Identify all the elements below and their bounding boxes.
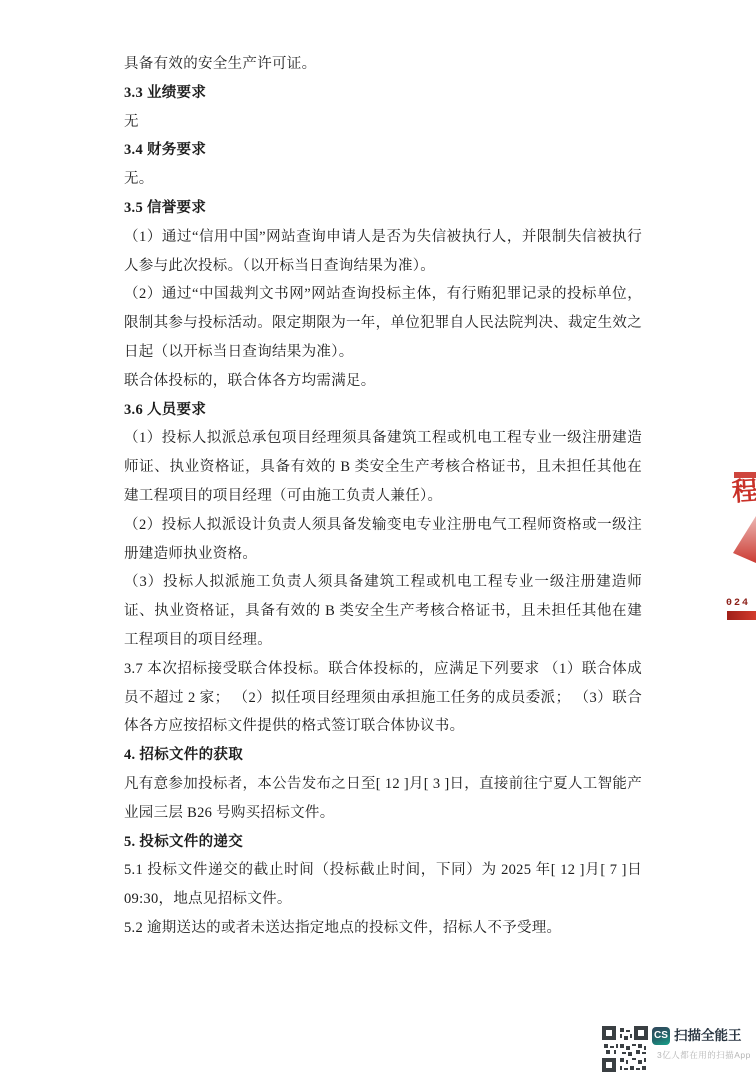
red-seal-fragment: 程 024 xyxy=(726,465,756,625)
qr-code-icon xyxy=(602,1026,648,1072)
doc-paragraph: 联合体投标的，联合体各方均需满足。 xyxy=(124,367,642,396)
doc-paragraph: 3.7 本次招标接受联合体投标。联合体投标的，应满足下列要求 （1）联合体成员不… xyxy=(124,655,642,741)
camscanner-logo-icon: CS xyxy=(652,1027,670,1045)
section-heading: 4. 招标文件的获取 xyxy=(124,741,642,770)
section-heading: 3.6 人员要求 xyxy=(124,396,642,425)
seal-number: 024 xyxy=(726,598,750,609)
doc-paragraph: （3）投标人拟派施工负责人须具备建筑工程或机电工程专业一级注册建造师证、执业资格… xyxy=(124,568,642,654)
camscanner-watermark: CS 扫描全能王 3亿人都在用的扫描App xyxy=(602,1025,756,1073)
doc-paragraph: （2）通过“中国裁判文书网”网站查询投标主体，有行贿犯罪记录的投标单位，限制其参… xyxy=(124,280,642,366)
doc-paragraph: 凡有意参加投标者，本公告发布之日至[ 12 ]月[ 3 ]日，直接前往宁夏人工智… xyxy=(124,770,642,828)
section-heading: 5. 投标文件的递交 xyxy=(124,828,642,857)
seal-star-icon xyxy=(732,515,756,567)
doc-paragraph: 无 xyxy=(124,108,642,137)
doc-paragraph: 5.2 逾期送达的或者未送达指定地点的投标文件，招标人不予受理。 xyxy=(124,914,642,943)
camscanner-app-name: 扫描全能王 xyxy=(674,1027,742,1045)
scanned-document-page: 具备有效的安全生产许可证。 3.3 业绩要求 无 3.4 财务要求 无。 3.5… xyxy=(0,0,756,1075)
doc-paragraph: （2）投标人拟派设计负责人须具备发输变电专业注册电气工程师资格或一级注册建造师执… xyxy=(124,511,642,569)
seal-bar-icon xyxy=(727,611,756,620)
section-heading: 3.5 信誉要求 xyxy=(124,194,642,223)
document-body: 具备有效的安全生产许可证。 3.3 业绩要求 无 3.4 财务要求 无。 3.5… xyxy=(124,50,642,943)
camscanner-tagline: 3亿人都在用的扫描App xyxy=(657,1049,751,1061)
doc-paragraph: （1）通过“信用中国”网站查询申请人是否为失信被执行人，并限制失信被执行人参与此… xyxy=(124,223,642,281)
seal-character: 程 xyxy=(731,478,756,506)
doc-paragraph: （1）投标人拟派总承包项目经理须具备建筑工程或机电工程专业一级注册建造师证、执业… xyxy=(124,424,642,510)
section-heading: 3.4 财务要求 xyxy=(124,136,642,165)
doc-paragraph: 具备有效的安全生产许可证。 xyxy=(124,50,642,79)
doc-paragraph: 5.1 投标文件递交的截止时间（投标截止时间，下同）为 2025 年[ 12 ]… xyxy=(124,856,642,914)
doc-paragraph: 无。 xyxy=(124,165,642,194)
section-heading: 3.3 业绩要求 xyxy=(124,79,642,108)
